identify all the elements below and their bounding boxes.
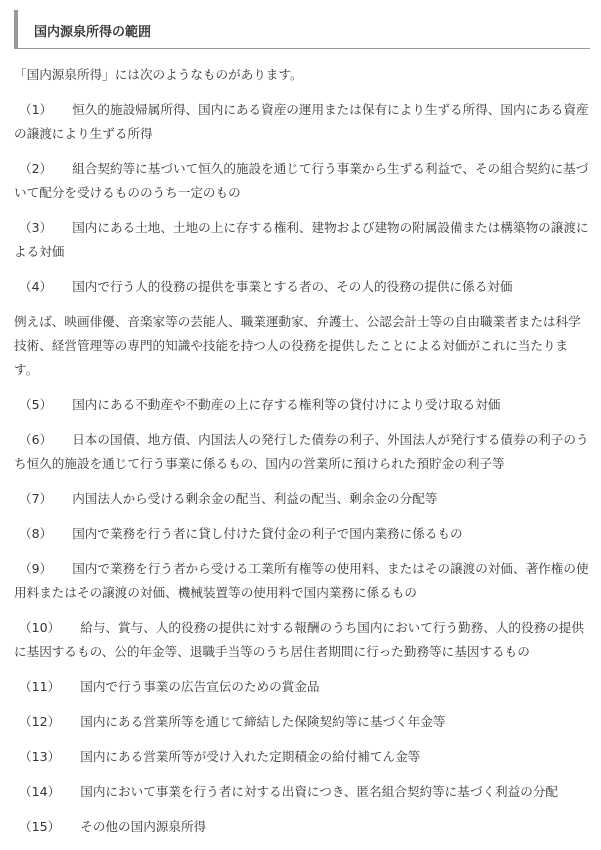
list-item: （5）国内にある不動産や不動産の上に存する権利等の貸付けにより受け取る対価	[14, 393, 592, 417]
list-item: （3）国内にある土地、土地の上に存する権利、建物および建物の附属設備または構築物…	[14, 216, 592, 264]
list-item: （6）日本の国債、地方債、内国法人の発行した債券の利子、外国法人が発行する債券の…	[14, 428, 592, 476]
section-title: 国内源泉所得の範囲	[34, 21, 151, 40]
list-item: （12）国内にある営業所等を通じて締結した保険契約等に基づく年金等	[14, 710, 592, 734]
item-text: 国内で業務を行う者に貸し付けた貸付金の利子で国内業務に係るもの	[72, 526, 462, 541]
item-text: 国内で行う事業の広告宣伝のための賞金品	[80, 679, 319, 694]
list-item: （9）国内で業務を行う者から受ける工業所有権等の使用料、またはその譲渡の対価、著…	[14, 557, 592, 605]
list-item: （10）給与、賞与、人的役務の提供に対する報酬のうち国内において行う勤務、人的役…	[14, 616, 592, 664]
list-item: （11）国内で行う事業の広告宣伝のための賞金品	[14, 675, 592, 699]
item-text: 恒久的施設帰属所得、国内にある資産の運用または保有により生ずる所得、国内にある資…	[14, 102, 589, 141]
item-number: （8）	[14, 522, 52, 546]
item-text: 日本の国債、地方債、内国法人の発行した債券の利子、外国法人が発行する債券の利子の…	[14, 432, 589, 471]
item-number: （7）	[14, 487, 52, 511]
list-item: （1）恒久的施設帰属所得、国内にある資産の運用または保有により生ずる所得、国内に…	[14, 98, 592, 146]
list-item: （4）国内で行う人的役務の提供を事業とする者の、その人的役務の提供に係る対価	[14, 275, 592, 299]
example-note: 例えば、映画俳優、音楽家等の芸能人、職業運動家、弁護士、公認会計士等の自由職業者…	[14, 310, 592, 382]
section-heading: 国内源泉所得の範囲	[14, 10, 590, 49]
list-item: （13）国内にある営業所等が受け入れた定期積金の給付補てん金等	[14, 745, 592, 769]
content-body: 「国内源泉所得」には次のようなものがあります。 （1）恒久的施設帰属所得、国内に…	[14, 63, 592, 788]
item-text: 組合契約等に基づいて恒久的施設を通じて行う事業から生ずる利益で、その組合契約に基…	[14, 161, 588, 200]
item-number: （1）	[14, 98, 52, 122]
item-number: （5）	[14, 393, 52, 417]
item-number: （11）	[14, 675, 60, 699]
item-text: 国内にある不動産や不動産の上に存する権利等の貸付けにより受け取る対価	[72, 397, 500, 412]
item-number: （2）	[14, 157, 52, 181]
item-number: （13）	[14, 745, 60, 769]
item-number: （3）	[14, 216, 52, 240]
list-item: （7）内国法人から受ける剰余金の配当、利益の配当、剰余金の分配等	[14, 487, 592, 511]
list-item: （8）国内で業務を行う者に貸し付けた貸付金の利子で国内業務に係るもの	[14, 522, 592, 546]
item-number: （14）	[14, 780, 60, 788]
item-number: （6）	[14, 428, 52, 452]
item-number: （9）	[14, 557, 52, 581]
item-number: （12）	[14, 710, 60, 734]
item-text: 国内にある営業所等が受け入れた定期積金の給付補てん金等	[80, 749, 420, 764]
item-text: 国内で業務を行う者から受ける工業所有権等の使用料、またはその譲渡の対価、著作権の…	[14, 561, 589, 600]
item-text: 国内で行う人的役務の提供を事業とする者の、その人的役務の提供に係る対価	[72, 279, 512, 294]
intro-text: 「国内源泉所得」には次のようなものがあります。	[14, 63, 592, 87]
item-text: 国内において事業を行う者に対する出資につき、匿名組合契約等に基づく利益の分配	[80, 784, 558, 788]
list-item: （2）組合契約等に基づいて恒久的施設を通じて行う事業から生ずる利益で、その組合契…	[14, 157, 592, 205]
item-number: （10）	[14, 616, 60, 640]
item-text: 国内にある土地、土地の上に存する権利、建物および建物の附属設備または構築物の譲渡…	[14, 220, 589, 259]
item-text: 給与、賞与、人的役務の提供に対する報酬のうち国内において行う勤務、人的役務の提供…	[14, 620, 584, 659]
item-number: （4）	[14, 275, 52, 299]
item-text: 国内にある営業所等を通じて締結した保険契約等に基づく年金等	[80, 714, 445, 729]
list-item: （14）国内において事業を行う者に対する出資につき、匿名組合契約等に基づく利益の…	[14, 780, 592, 788]
item-text: 内国法人から受ける剰余金の配当、利益の配当、剰余金の分配等	[72, 491, 437, 506]
